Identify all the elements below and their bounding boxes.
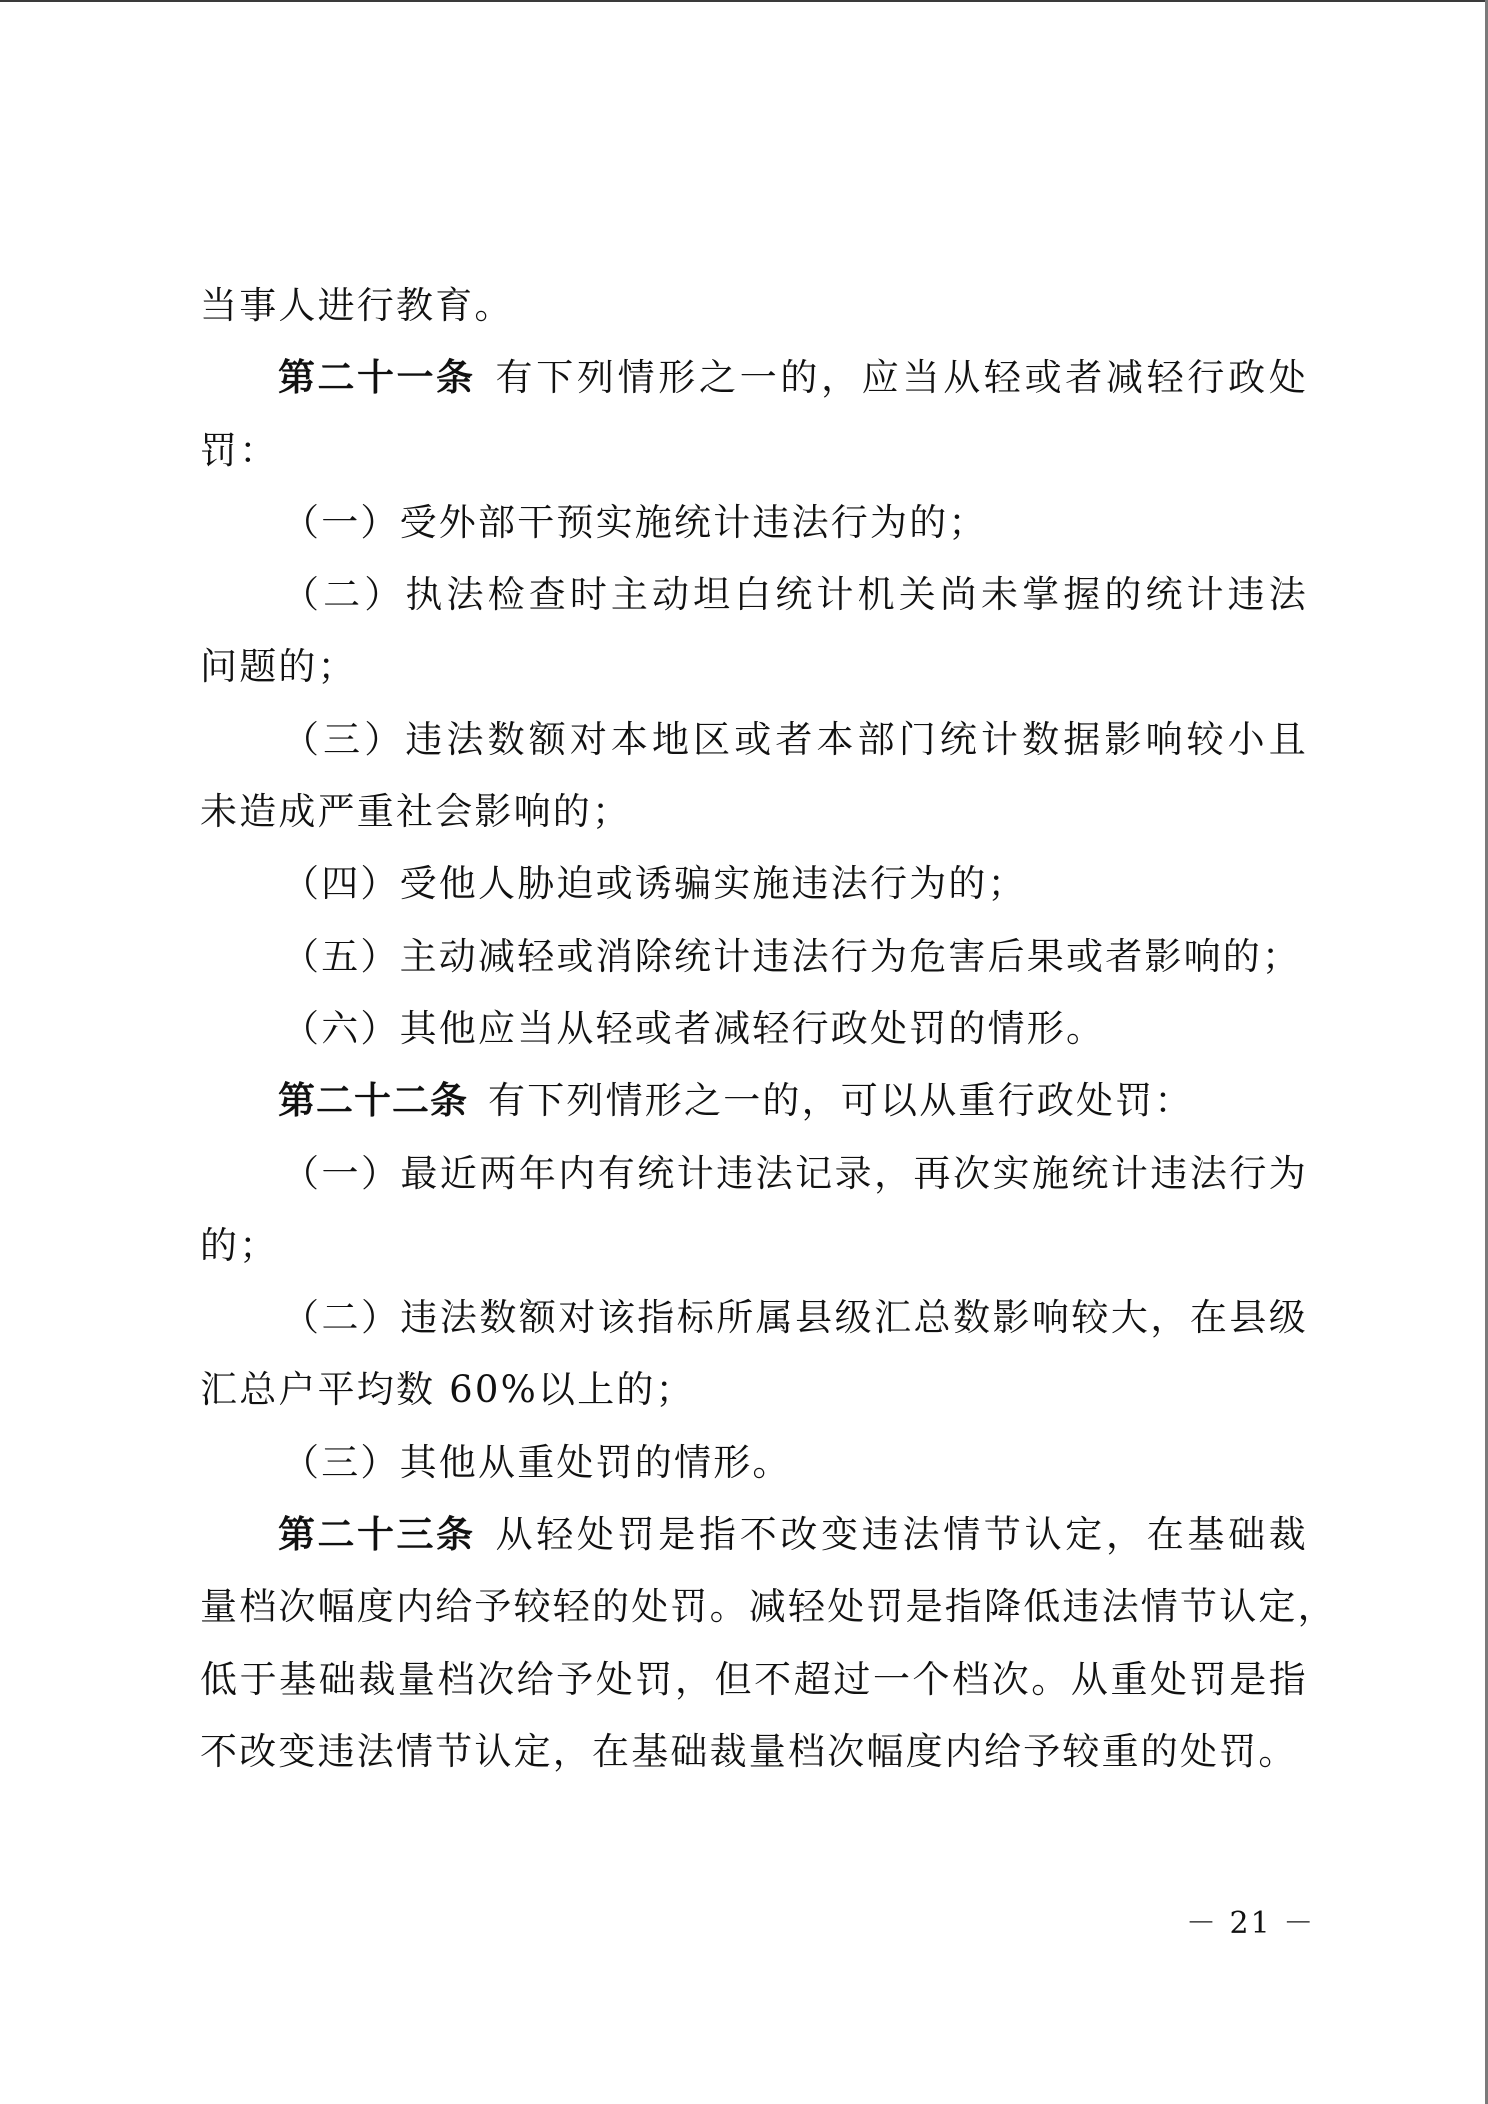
line-text: 问题的； (200, 645, 357, 688)
article-23-heading-line: 第二十三条从轻处罚是指不改变违法情节认定，在基础裁 (200, 1499, 1308, 1571)
document-body: 当事人进行教育。 第二十一条有下列情形之一的，应当从轻或者减轻行政处 罚： （一… (200, 270, 1308, 1788)
line-text: （二）违法数额对该指标所属县级汇总数影响较大，在县级 (282, 1296, 1308, 1339)
line-text: 当事人进行教育。 (200, 284, 514, 327)
line-text: 不改变违法情节认定，在基础裁量档次幅度内给予较重的处罚。 (200, 1730, 1298, 1773)
page-border-top (0, 0, 1488, 2)
article-number: 第二十三条 (278, 1513, 476, 1556)
article-number: 第二十一条 (278, 356, 476, 399)
line-text: 汇总户平均数 60%以上的； (200, 1368, 695, 1411)
line-text: 的； (200, 1224, 278, 1267)
list-item-continuation: 问题的； (200, 631, 1308, 703)
line-text: （二）执法检查时主动坦白统计机关尚未掌握的统计违法 (282, 573, 1308, 616)
line-text: 量档次幅度内给予较轻的处罚。减轻处罚是指降低违法情节认定， (200, 1585, 1337, 1628)
paragraph-line: 当事人进行教育。 (200, 270, 1308, 342)
line-text: 未造成严重社会影响的； (200, 790, 631, 833)
article-22-heading-line: 第二十二条有下列情形之一的，可以从重行政处罚： (200, 1065, 1308, 1137)
line-text: 罚： (200, 429, 278, 472)
line-text: （一）最近两年内有统计违法记录，再次实施统计违法行为 (282, 1152, 1308, 1195)
line-text: （一）受外部干预实施统计违法行为的； (282, 501, 988, 544)
list-item-continuation: 汇总户平均数 60%以上的； (200, 1354, 1308, 1426)
page-number: － 21 － (1186, 1898, 1315, 1942)
list-item: （五）主动减轻或消除统计违法行为危害后果或者影响的； (200, 921, 1308, 993)
line-text: （五）主动减轻或消除统计违法行为危害后果或者影响的； (282, 935, 1301, 978)
list-item: （三）违法数额对本地区或者本部门统计数据影响较小且 (200, 704, 1308, 776)
line-text: （六）其他应当从轻或者减轻行政处罚的情形。 (282, 1007, 1105, 1050)
line-text: 有下列情形之一的，应当从轻或者减轻行政处 (496, 356, 1309, 399)
line-text: （四）受他人胁迫或诱骗实施违法行为的； (282, 862, 1027, 905)
paragraph-line: 量档次幅度内给予较轻的处罚。减轻处罚是指降低违法情节认定， (200, 1571, 1308, 1643)
paragraph-line: 低于基础裁量档次给予处罚，但不超过一个档次。从重处罚是指 (200, 1644, 1308, 1716)
line-text: （三）违法数额对本地区或者本部门统计数据影响较小且 (282, 718, 1308, 761)
list-item: （二）违法数额对该指标所属县级汇总数影响较大，在县级 (200, 1282, 1308, 1354)
article-21-heading-line: 第二十一条有下列情形之一的，应当从轻或者减轻行政处 (200, 342, 1308, 414)
paragraph-line: 不改变违法情节认定，在基础裁量档次幅度内给予较重的处罚。 (200, 1716, 1308, 1788)
list-item: （一）最近两年内有统计违法记录，再次实施统计违法行为 (200, 1138, 1308, 1210)
list-item: （六）其他应当从轻或者减轻行政处罚的情形。 (200, 993, 1308, 1065)
line-text: （三）其他从重处罚的情形。 (282, 1441, 792, 1484)
list-item-continuation: 未造成严重社会影响的； (200, 776, 1308, 848)
list-item: （四）受他人胁迫或诱骗实施违法行为的； (200, 848, 1308, 920)
paragraph-line: 罚： (200, 415, 1308, 487)
list-item: （二）执法检查时主动坦白统计机关尚未掌握的统计违法 (200, 559, 1308, 631)
line-text: 低于基础裁量档次给予处罚，但不超过一个档次。从重处罚是指 (200, 1658, 1308, 1701)
line-text: 有下列情形之一的，可以从重行政处罚： (488, 1079, 1194, 1122)
list-item-continuation: 的； (200, 1210, 1308, 1282)
article-number: 第二十二条 (278, 1079, 468, 1122)
line-text: 从轻处罚是指不改变违法情节认定，在基础裁 (496, 1513, 1309, 1556)
list-item: （三）其他从重处罚的情形。 (200, 1427, 1308, 1499)
list-item: （一）受外部干预实施统计违法行为的； (200, 487, 1308, 559)
